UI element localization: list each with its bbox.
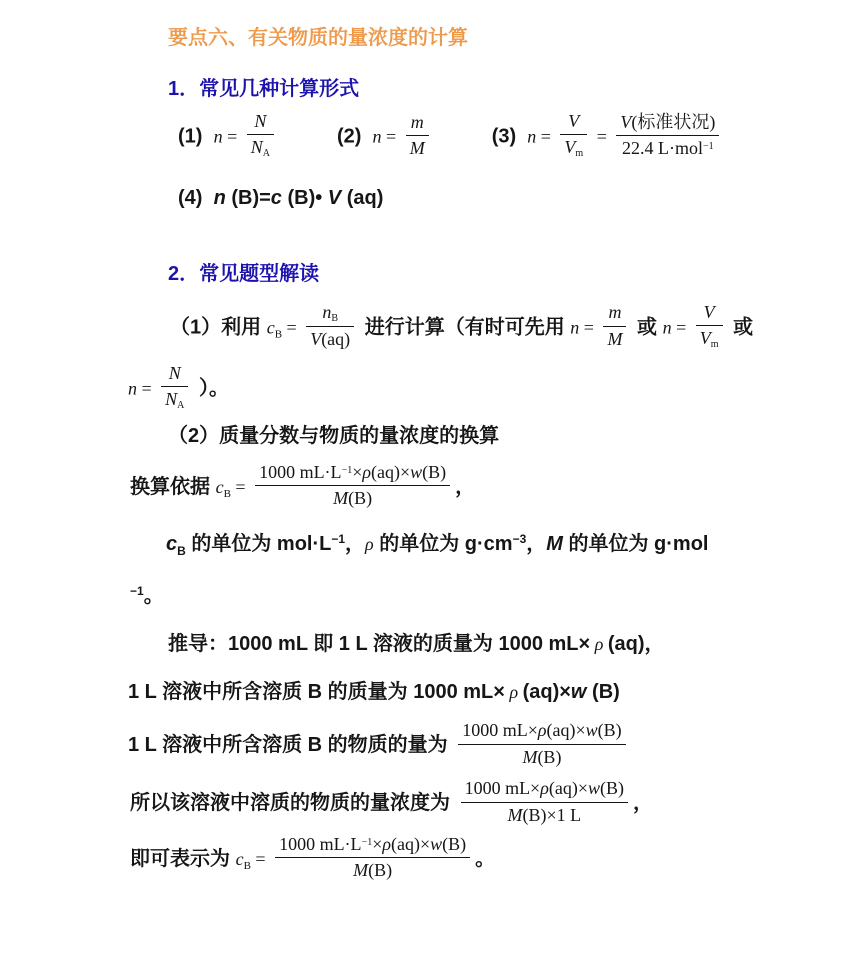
subscript: m — [711, 339, 719, 350]
math-text: (B) — [537, 747, 561, 767]
text-run: (4) — [178, 187, 214, 209]
math-variable: ρ — [382, 834, 391, 854]
text-run: ， — [526, 533, 546, 555]
math-text: 1000 mL·L — [259, 462, 342, 482]
math-variable: n — [128, 378, 137, 398]
page-title: 要点六、有关物质的量浓度的计算 — [168, 24, 837, 52]
fraction-denominator: M(B) — [275, 858, 470, 881]
math-text: (B) — [422, 462, 446, 482]
fraction-numerator: 1000 mL×ρ(aq)×w(B) — [458, 720, 625, 744]
math-variable: n — [570, 318, 579, 338]
math-variable: M — [333, 488, 348, 508]
math-fraction: V(标准状况)22.4 L·mol−1 — [616, 112, 719, 160]
text-run: (aq)， — [608, 633, 665, 655]
math-variable-bold: n — [214, 187, 226, 209]
fraction-numerator: nB — [306, 302, 354, 328]
math-text: × — [372, 834, 382, 854]
text-run: 1 L 溶液中所含溶质 B 的质量为 1000 mL× — [128, 681, 505, 703]
fraction-denominator: NA — [161, 387, 188, 412]
text-run: (1) — [178, 126, 214, 148]
subscript: A — [177, 400, 184, 411]
math-variable: N — [254, 111, 266, 131]
math-text: (B) — [442, 834, 466, 854]
fraction-denominator: M(B)×1 L — [461, 803, 628, 826]
math-text: (B) — [600, 778, 624, 798]
math-variable: V — [620, 112, 631, 132]
math-variable: V — [704, 302, 715, 322]
math-variable: N — [165, 389, 177, 409]
math-text: (aq)× — [371, 462, 410, 482]
text-run: (B) — [586, 681, 619, 703]
superscript: −1 — [362, 837, 373, 848]
text-run: 或 — [728, 317, 754, 339]
section-1-heading: 1．常见几种计算形式 — [168, 74, 837, 104]
conversion-subheading: （2）质量分数与物质的量浓度的换算 — [168, 421, 837, 453]
math-text: = — [251, 849, 270, 869]
math-text: = — [592, 127, 611, 147]
text-run: ， — [455, 476, 475, 498]
text-run: (2) — [337, 126, 373, 148]
math-variable-bold: c — [271, 187, 282, 209]
math-variable: V — [700, 328, 711, 348]
math-variable: n — [663, 318, 672, 338]
fraction-denominator: M — [406, 136, 429, 159]
fraction-numerator: 1000 mL×ρ(aq)×w(B) — [461, 778, 628, 802]
text-run: 。 — [475, 848, 495, 870]
subscript: B — [177, 544, 186, 558]
text-run: 进行计算（有时可先用 — [359, 317, 570, 339]
subscript: A — [263, 148, 270, 159]
concentration-line: 所以该溶液中溶质的物质的量浓度为 1000 mL×ρ(aq)×w(B)M(B)×… — [130, 781, 837, 829]
text-run: ， — [633, 792, 653, 814]
math-text: 1000 mL× — [465, 778, 541, 798]
formula-line-4: (4) n (B)=c (B)• V (aq) — [178, 183, 837, 215]
math-variable: ρ — [590, 634, 608, 654]
math-fraction: nBV(aq) — [306, 302, 354, 351]
superscript: −1 — [130, 584, 144, 598]
math-fraction: 1000 mL·L−1×ρ(aq)×w(B)M(B) — [275, 834, 470, 882]
math-variable: ρ — [362, 462, 371, 482]
text-run: 。 — [144, 585, 164, 607]
math-fraction: VVm — [696, 302, 723, 351]
usage-line: （1）利用 cB = nBV(aq) 进行计算（有时可先用 n = mM 或 n… — [170, 305, 837, 354]
usage-continuation-line: n = NNA ）。 — [128, 366, 837, 415]
math-text: (B) — [598, 720, 622, 740]
fraction-denominator: M(B) — [458, 745, 625, 768]
text-run: 或 — [631, 317, 662, 339]
text-run: ， — [345, 533, 365, 555]
superscript: −3 — [513, 532, 527, 546]
formula-line-1-2-3: (1) n = NNA(2) n = mM(3) n = VVm = V(标准状… — [178, 114, 837, 163]
fraction-denominator: Vm — [696, 326, 723, 351]
math-text: 22.4 L·mol — [622, 138, 703, 158]
text-run: 的单位为 mol·L — [186, 533, 332, 555]
section-2-heading: 2．常见题型解读 — [168, 259, 837, 289]
text-run: 换算依据 — [130, 476, 216, 498]
text-run: ）。 — [193, 377, 229, 399]
math-variable: ρ — [505, 682, 523, 702]
superscript: −1 — [703, 141, 714, 152]
math-fraction: 1000 mL×ρ(aq)×w(B)M(B) — [458, 720, 625, 768]
math-variable: N — [251, 137, 263, 157]
fraction-numerator: N — [161, 363, 188, 387]
superscript: −1 — [342, 465, 353, 476]
fraction-denominator: M(B) — [255, 486, 450, 509]
math-text: = — [536, 127, 555, 147]
math-variable: w — [588, 778, 600, 798]
math-variable: M — [410, 138, 425, 158]
superscript: −1 — [331, 532, 345, 546]
math-variable: V — [568, 111, 579, 131]
math-variable: n — [373, 127, 382, 147]
math-variable: M — [522, 747, 537, 767]
text-run: （2）质量分数与物质的量浓度的换算 — [168, 425, 499, 447]
math-text: (B) — [368, 860, 392, 880]
subscript: B — [331, 313, 338, 324]
text-run: 的单位为 g·cm — [374, 533, 513, 555]
document-page: 要点六、有关物质的量浓度的计算 1．常见几种计算形式 (1) n = NNA(2… — [0, 0, 857, 957]
math-fraction: NNA — [247, 111, 274, 160]
math-variable: w — [586, 720, 598, 740]
math-variable: n — [214, 127, 223, 147]
fraction-numerator: m — [603, 302, 626, 326]
math-text: = — [231, 477, 250, 497]
text-run: 的单位为 g·mol — [563, 533, 709, 555]
conversion-basis-line: 换算依据 cB = 1000 mL·L−1×ρ(aq)×w(B)M(B)， — [130, 465, 837, 513]
math-variable: V — [564, 137, 575, 157]
math-text: (aq)× — [547, 720, 586, 740]
math-variable: N — [169, 363, 181, 383]
math-text: (B) — [348, 488, 372, 508]
math-variable-bold: w — [571, 681, 587, 703]
math-text: (B)×1 L — [522, 805, 581, 825]
math-variable: w — [410, 462, 422, 482]
subscript: B — [244, 860, 251, 872]
math-fraction: mM — [406, 112, 429, 160]
math-fraction: 1000 mL·L−1×ρ(aq)×w(B)M(B) — [255, 462, 450, 510]
text-run: (aq) — [341, 187, 383, 209]
math-text: (aq)× — [391, 834, 430, 854]
math-variable: m — [608, 302, 621, 322]
math-text: (aq) — [321, 329, 350, 349]
fraction-denominator: 22.4 L·mol−1 — [616, 136, 719, 159]
fraction-denominator: V(aq) — [306, 327, 354, 350]
math-variable: c — [216, 477, 224, 497]
solute-mass-line: 1 L 溶液中所含溶质 B 的质量为 1000 mL× ρ (aq)×w (B) — [128, 677, 837, 709]
text-run: 推导：1000 mL 即 1 L 溶液的质量为 1000 mL× — [168, 633, 590, 655]
math-variable: c — [236, 849, 244, 869]
math-variable-bold: M — [546, 533, 563, 555]
math-text: 1000 mL× — [462, 720, 538, 740]
math-variable: M — [607, 329, 622, 349]
math-fraction: mM — [603, 302, 626, 350]
fraction-numerator: 1000 mL·L−1×ρ(aq)×w(B) — [275, 834, 470, 858]
math-variable: ρ — [540, 778, 549, 798]
math-variable-bold: c — [166, 533, 177, 555]
math-variable: n — [527, 127, 536, 147]
math-variable: m — [411, 112, 424, 132]
math-text: × — [352, 462, 362, 482]
math-text: = — [579, 318, 598, 338]
math-variable: w — [430, 834, 442, 854]
math-text: (aq)× — [549, 778, 588, 798]
math-variable: ρ — [538, 720, 547, 740]
math-text: = — [282, 318, 301, 338]
math-fraction: 1000 mL×ρ(aq)×w(B)M(B)×1 L — [461, 778, 628, 826]
fraction-numerator: V — [696, 302, 723, 326]
math-variable: c — [267, 318, 275, 338]
text-run: (aq)× — [523, 681, 571, 703]
math-text: = — [223, 127, 242, 147]
solute-amount-line: 1 L 溶液中所含溶质 B 的物质的量为 1000 mL×ρ(aq)×w(B)M… — [128, 723, 837, 771]
fraction-numerator: N — [247, 111, 274, 135]
text-run: （1）利用 — [170, 317, 267, 339]
math-text: (标准状况) — [631, 112, 715, 132]
math-text: 1000 mL·L — [279, 834, 362, 854]
text-run: (B)• — [282, 187, 328, 209]
final-expression-line: 即可表示为 cB = 1000 mL·L−1×ρ(aq)×w(B)M(B)。 — [130, 837, 837, 885]
units-line: cB 的单位为 mol·L−1，ρ 的单位为 g·cm−3，M 的单位为 g·m… — [166, 524, 837, 566]
text-run: 即可表示为 — [130, 848, 236, 870]
subscript: m — [575, 148, 583, 159]
math-variable: M — [507, 805, 522, 825]
math-fraction: NNA — [161, 363, 188, 412]
fraction-numerator: m — [406, 112, 429, 136]
math-variable: V — [310, 329, 321, 349]
math-text: = — [672, 318, 691, 338]
text-run: (B)= — [226, 187, 271, 209]
math-variable: ρ — [365, 534, 374, 554]
fraction-numerator: V(标准状况) — [616, 112, 719, 136]
fraction-numerator: 1000 mL·L−1×ρ(aq)×w(B) — [255, 462, 450, 486]
text-run: (3) — [492, 126, 528, 148]
subscript: B — [224, 488, 231, 500]
fraction-denominator: NA — [247, 135, 274, 160]
math-variable: n — [322, 302, 331, 322]
subscript: B — [275, 329, 282, 341]
text-run: 所以该溶液中溶质的物质的量浓度为 — [130, 792, 456, 814]
math-variable: M — [353, 860, 368, 880]
math-text: = — [382, 127, 401, 147]
math-text: = — [137, 378, 156, 398]
units-continuation-line: −1。 — [130, 576, 837, 613]
fraction-denominator: M — [603, 327, 626, 350]
fraction-numerator: V — [560, 111, 587, 135]
text-run: 1 L 溶液中所含溶质 B 的物质的量为 — [128, 735, 453, 757]
fraction-denominator: Vm — [560, 135, 587, 160]
derivation-line: 推导：1000 mL 即 1 L 溶液的质量为 1000 mL× ρ (aq)， — [168, 629, 837, 661]
math-fraction: VVm — [560, 111, 587, 160]
math-variable-bold: V — [328, 187, 341, 209]
